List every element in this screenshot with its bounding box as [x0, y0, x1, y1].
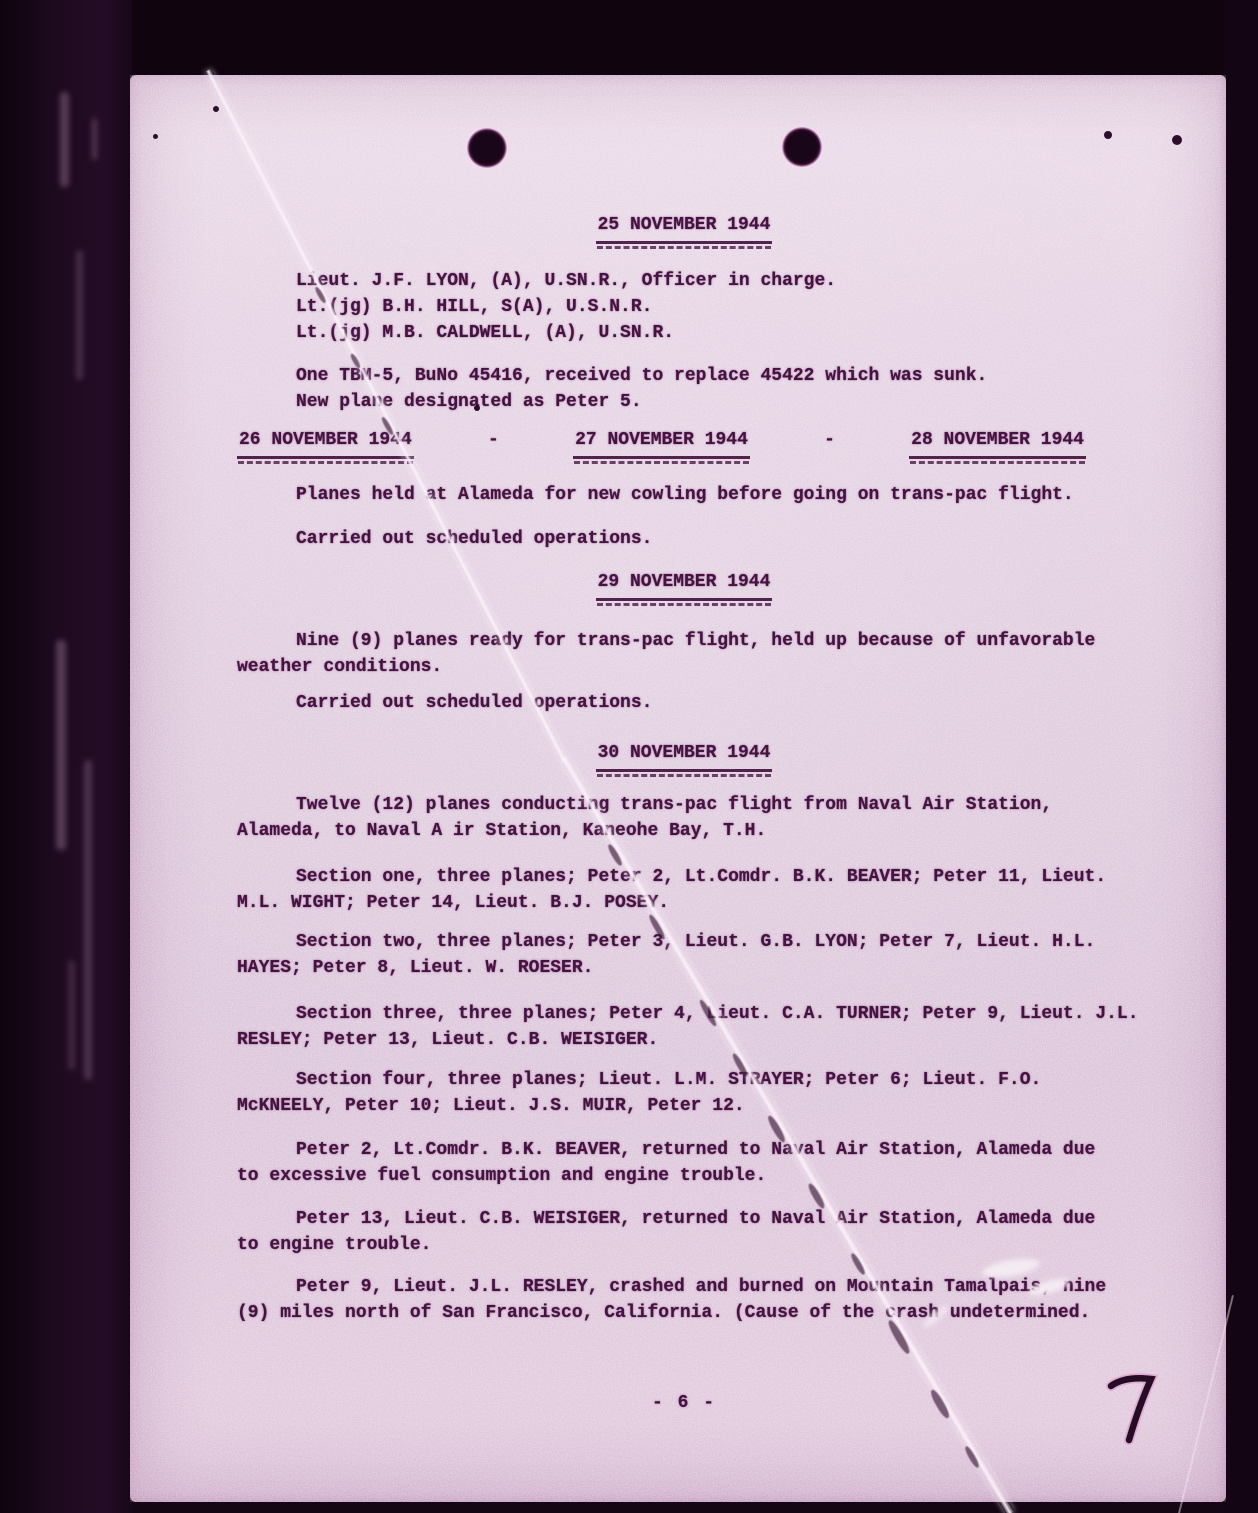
text-line: Carried out scheduled operations. — [237, 690, 1131, 716]
paragraph: Peter 2, Lt.Comdr. B.K. BEAVER, returned… — [237, 1137, 1131, 1189]
paragraph: Carried out scheduled operations. — [237, 690, 1131, 716]
paragraph: Twelve (12) planes conducting trans-pac … — [237, 792, 1131, 844]
film-speck — [474, 405, 480, 411]
paragraph: Section four, three planes; Lieut. L.M. … — [237, 1067, 1131, 1119]
text-line: Section one, three planes; Peter 2, Lt.C… — [237, 864, 1131, 890]
text-line: Peter 13, Lieut. C.B. WEISIGER, returned… — [237, 1206, 1131, 1232]
separator-dash: - — [824, 427, 835, 453]
film-border-top — [0, 0, 1258, 80]
text-line: to engine trouble. — [237, 1232, 1131, 1258]
paragraph: Nine (9) planes ready for trans-pac flig… — [237, 628, 1131, 680]
film-border-left — [0, 0, 132, 1513]
paragraph: Section one, three planes; Peter 2, Lt.C… — [237, 864, 1131, 916]
text-line: Lt.(jg) B.H. HILL, S(A), U.S.N.R. — [237, 294, 1131, 320]
punch-hole — [467, 128, 507, 168]
film-speck — [213, 106, 219, 112]
film-speck — [1104, 131, 1112, 139]
paragraph: Peter 13, Lieut. C.B. WEISIGER, returned… — [237, 1206, 1131, 1258]
text-line: Peter 2, Lt.Comdr. B.K. BEAVER, returned… — [237, 1137, 1131, 1163]
paragraph: Section three, three planes; Peter 4, Li… — [237, 1001, 1131, 1053]
text-line: Peter 9, Lieut. J.L. RESLEY, crashed and… — [237, 1274, 1131, 1300]
text-line: weather conditions. — [237, 654, 1131, 680]
paragraph: Lieut. J.F. LYON, (A), U.SN.R., Officer … — [237, 268, 1131, 346]
punch-hole — [782, 127, 822, 167]
date-heading-text: 27 NOVEMBER 1944 — [573, 427, 750, 459]
text-line: RESLEY; Peter 13, Lieut. C.B. WEISIGER. — [237, 1027, 1131, 1053]
text-line: Planes held at Alameda for new cowling b… — [237, 482, 1131, 508]
date-heading-text: 30 NOVEMBER 1944 — [596, 740, 773, 772]
date-heading-row: 26 NOVEMBER 1944 - 27 NOVEMBER 1944 - 28… — [237, 427, 1086, 459]
text-line: Section four, three planes; Lieut. L.M. … — [237, 1067, 1131, 1093]
text-line: Section three, three planes; Peter 4, Li… — [237, 1001, 1131, 1027]
text-line: Carried out scheduled operations. — [237, 526, 1131, 552]
text-line: to excessive fuel consumption and engine… — [237, 1163, 1131, 1189]
date-heading: 30 NOVEMBER 1944 — [237, 740, 1131, 772]
paragraph: Planes held at Alameda for new cowling b… — [237, 482, 1131, 508]
text-line: Twelve (12) planes conducting trans-pac … — [237, 792, 1131, 818]
date-heading: 29 NOVEMBER 1944 — [237, 569, 1131, 601]
text-line: M.L. WIGHT; Peter 14, Lieut. B.J. POSEY. — [237, 890, 1131, 916]
film-speck — [1172, 135, 1182, 145]
date-heading-text: 28 NOVEMBER 1944 — [909, 427, 1086, 459]
film-border-right — [1224, 0, 1258, 1513]
date-heading-text: 29 NOVEMBER 1944 — [596, 569, 773, 601]
handwritten-page-number — [1103, 1368, 1167, 1452]
separator-dash: - — [488, 427, 499, 453]
text-line: (9) miles north of San Francisco, Califo… — [237, 1300, 1131, 1326]
paragraph: Peter 9, Lieut. J.L. RESLEY, crashed and… — [237, 1274, 1131, 1326]
text-line: Alameda, to Naval A ir Station, Kaneohe … — [237, 818, 1131, 844]
film-speck — [153, 134, 158, 139]
date-heading-text: 25 NOVEMBER 1944 — [596, 212, 773, 244]
text-line: McKNEELY, Peter 10; Lieut. J.S. MUIR, Pe… — [237, 1093, 1131, 1119]
date-heading: 25 NOVEMBER 1944 — [237, 212, 1131, 244]
text-line: Nine (9) planes ready for trans-pac flig… — [237, 628, 1131, 654]
page-number: - 6 - — [237, 1390, 1131, 1416]
text-line: Lieut. J.F. LYON, (A), U.SN.R., Officer … — [237, 268, 1131, 294]
text-line: Lt.(jg) M.B. CALDWELL, (A), U.SN.R. — [237, 320, 1131, 346]
paragraph: Carried out scheduled operations. — [237, 526, 1131, 552]
